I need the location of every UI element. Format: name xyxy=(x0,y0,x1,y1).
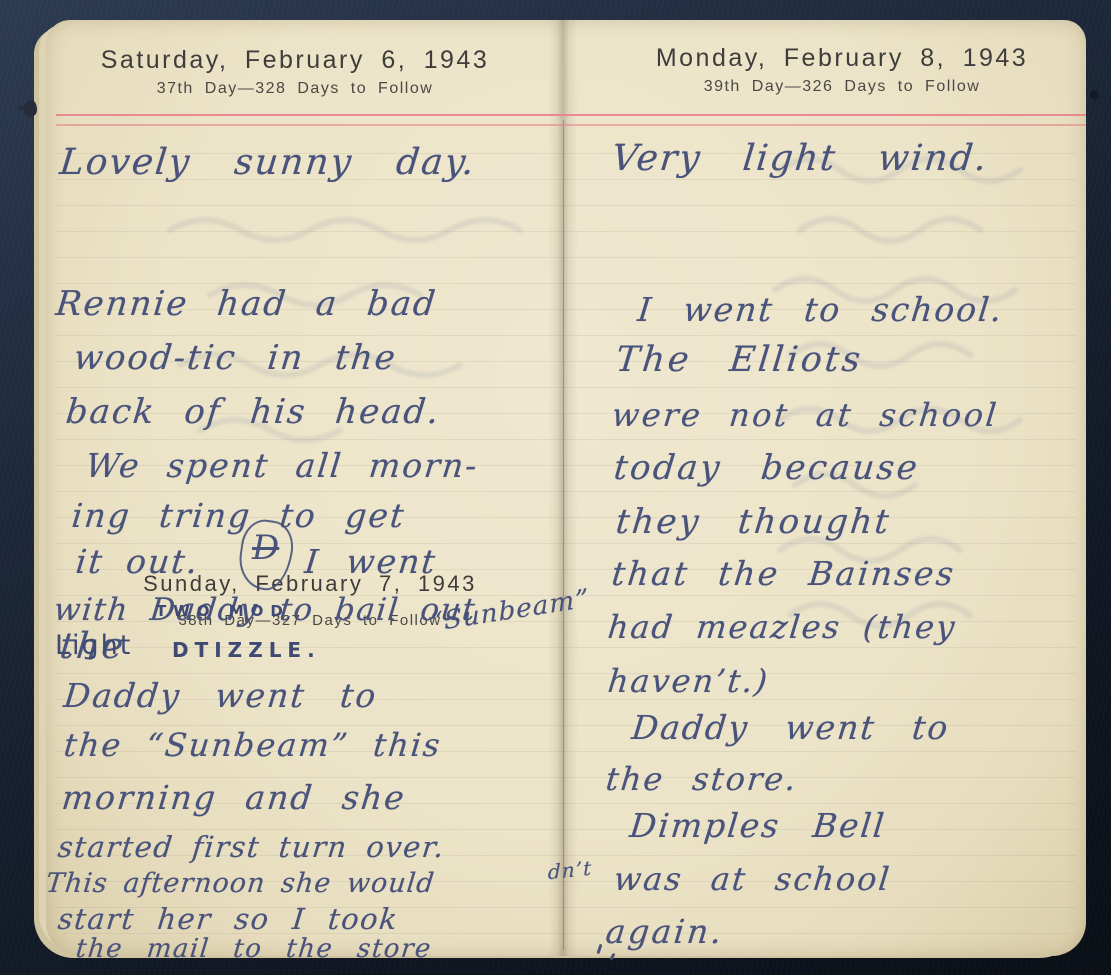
diary-line: haven’t.) xyxy=(606,662,771,700)
diary-line: This afternoon she would xyxy=(44,868,436,899)
diary-line: again. xyxy=(604,912,726,951)
left-page-date-header: Saturday, February 6, 1943 xyxy=(60,46,530,75)
diary-line: started first turn over. xyxy=(56,830,446,864)
diary-line: Very light wind. xyxy=(610,138,990,179)
diary-line: Daddy went to xyxy=(62,676,380,715)
right-page-date-header: Monday, February 8, 1943 xyxy=(612,44,1072,73)
diary-line: today because xyxy=(612,448,922,488)
hand-printed-note: Light xyxy=(55,630,132,661)
diary-line: back of his head. xyxy=(64,392,442,432)
crossed-out-letter: D xyxy=(240,520,292,590)
diary-line: I went to school. xyxy=(636,290,1005,329)
diary-line: they thought xyxy=(614,502,893,542)
page-gutter-crease xyxy=(563,120,564,950)
diary-line: I went xyxy=(303,542,439,581)
diary-line: We spent all morn- xyxy=(84,446,481,485)
diary-line: ing tring to get xyxy=(70,496,408,535)
diary-line: had meazles (they xyxy=(606,608,958,646)
diary-line: the “Sunbeam” this xyxy=(62,726,444,764)
diary-line: start her so I took xyxy=(56,902,400,936)
diary-line: Daddy went to xyxy=(630,708,952,747)
diary-photo: Saturday, February 6, 1943 37th Day—328 … xyxy=(0,0,1111,975)
ink-blot xyxy=(24,100,37,117)
hand-printed-note: DTIZZLE. xyxy=(172,638,321,662)
diary-line: that the Bainses xyxy=(610,554,958,593)
pink-header-rule xyxy=(56,114,1086,126)
diary-line: Dimples Bell xyxy=(628,806,888,845)
diary-line: the mail to the store xyxy=(74,934,433,964)
diary-line: wood-tic in the xyxy=(72,338,399,378)
scribble-letter: D xyxy=(252,528,279,568)
diary-line: Lovely sunny day. xyxy=(58,142,478,183)
overflow-word-end: dn’t xyxy=(548,856,592,884)
diary-line: was at school xyxy=(612,860,893,898)
diary-line: morning and she xyxy=(60,778,408,817)
diary-line: The Elliots xyxy=(614,340,865,380)
diary-line: it out. xyxy=(74,542,201,581)
diary-line: the store. xyxy=(604,760,800,798)
left-page-day-count: 37th Day—328 Days to Follow xyxy=(60,80,530,98)
ink-speck xyxy=(1090,90,1099,100)
diary-line: were not at school xyxy=(610,396,1000,434)
hand-printed-note: TWO MOD xyxy=(156,602,290,620)
right-page-day-count: 39th Day—326 Days to Follow xyxy=(612,78,1072,96)
diary-line: Rennie had a bad xyxy=(54,284,439,324)
